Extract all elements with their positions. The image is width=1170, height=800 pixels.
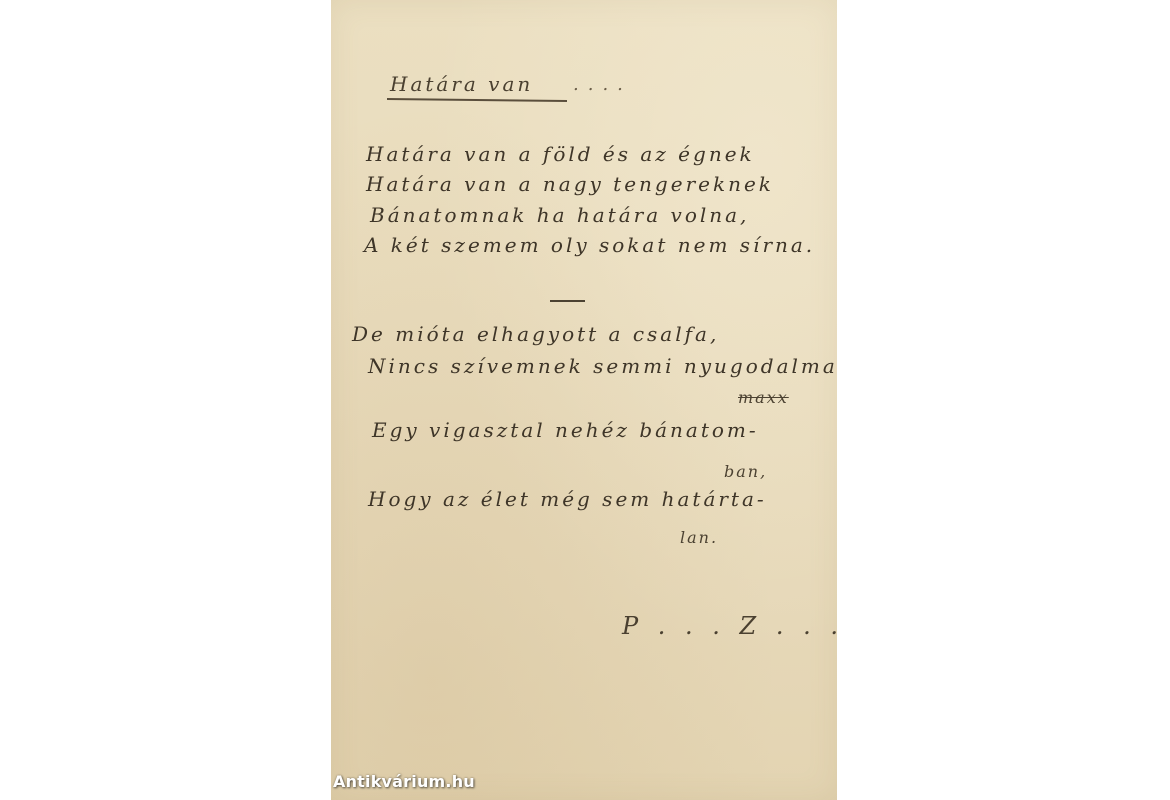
stanza-2-line-1: De mióta elhagyott a csalfa, [352,322,719,346]
scan-stage: Határa van .... Határa van a föld és az … [0,0,1170,800]
stanza-2-line-2: Nincs szívemnek semmi nyugodalma [368,354,838,378]
struck-correction: maxx [738,388,789,407]
poem-title-ellipsis: .... [573,74,632,95]
stanza-1-line-4: A két szemem oly sokat nem sírna. [364,233,815,257]
watermark-logo: Antikvárium.hu [333,772,475,791]
stanza-1-line-2: Határa van a nagy tengereknek [366,172,774,196]
stanza-1-line-1: Határa van a föld és az égnek [366,142,755,166]
stanza-2-line-3: Egy vigasztal nehéz bánatom- [372,418,759,442]
poem-title: Határa van [390,72,533,96]
stanza-2-line-4: Hogy az élet még sem határta- [368,487,767,511]
stanza-divider [550,300,585,302]
stanza-1-line-3: Bánatomnak ha határa volna, [370,203,749,227]
line-4-continuation: lan. [680,528,718,547]
line-3-continuation: ban, [724,462,767,481]
signature-initials: P . . . Z . . . [622,612,844,640]
